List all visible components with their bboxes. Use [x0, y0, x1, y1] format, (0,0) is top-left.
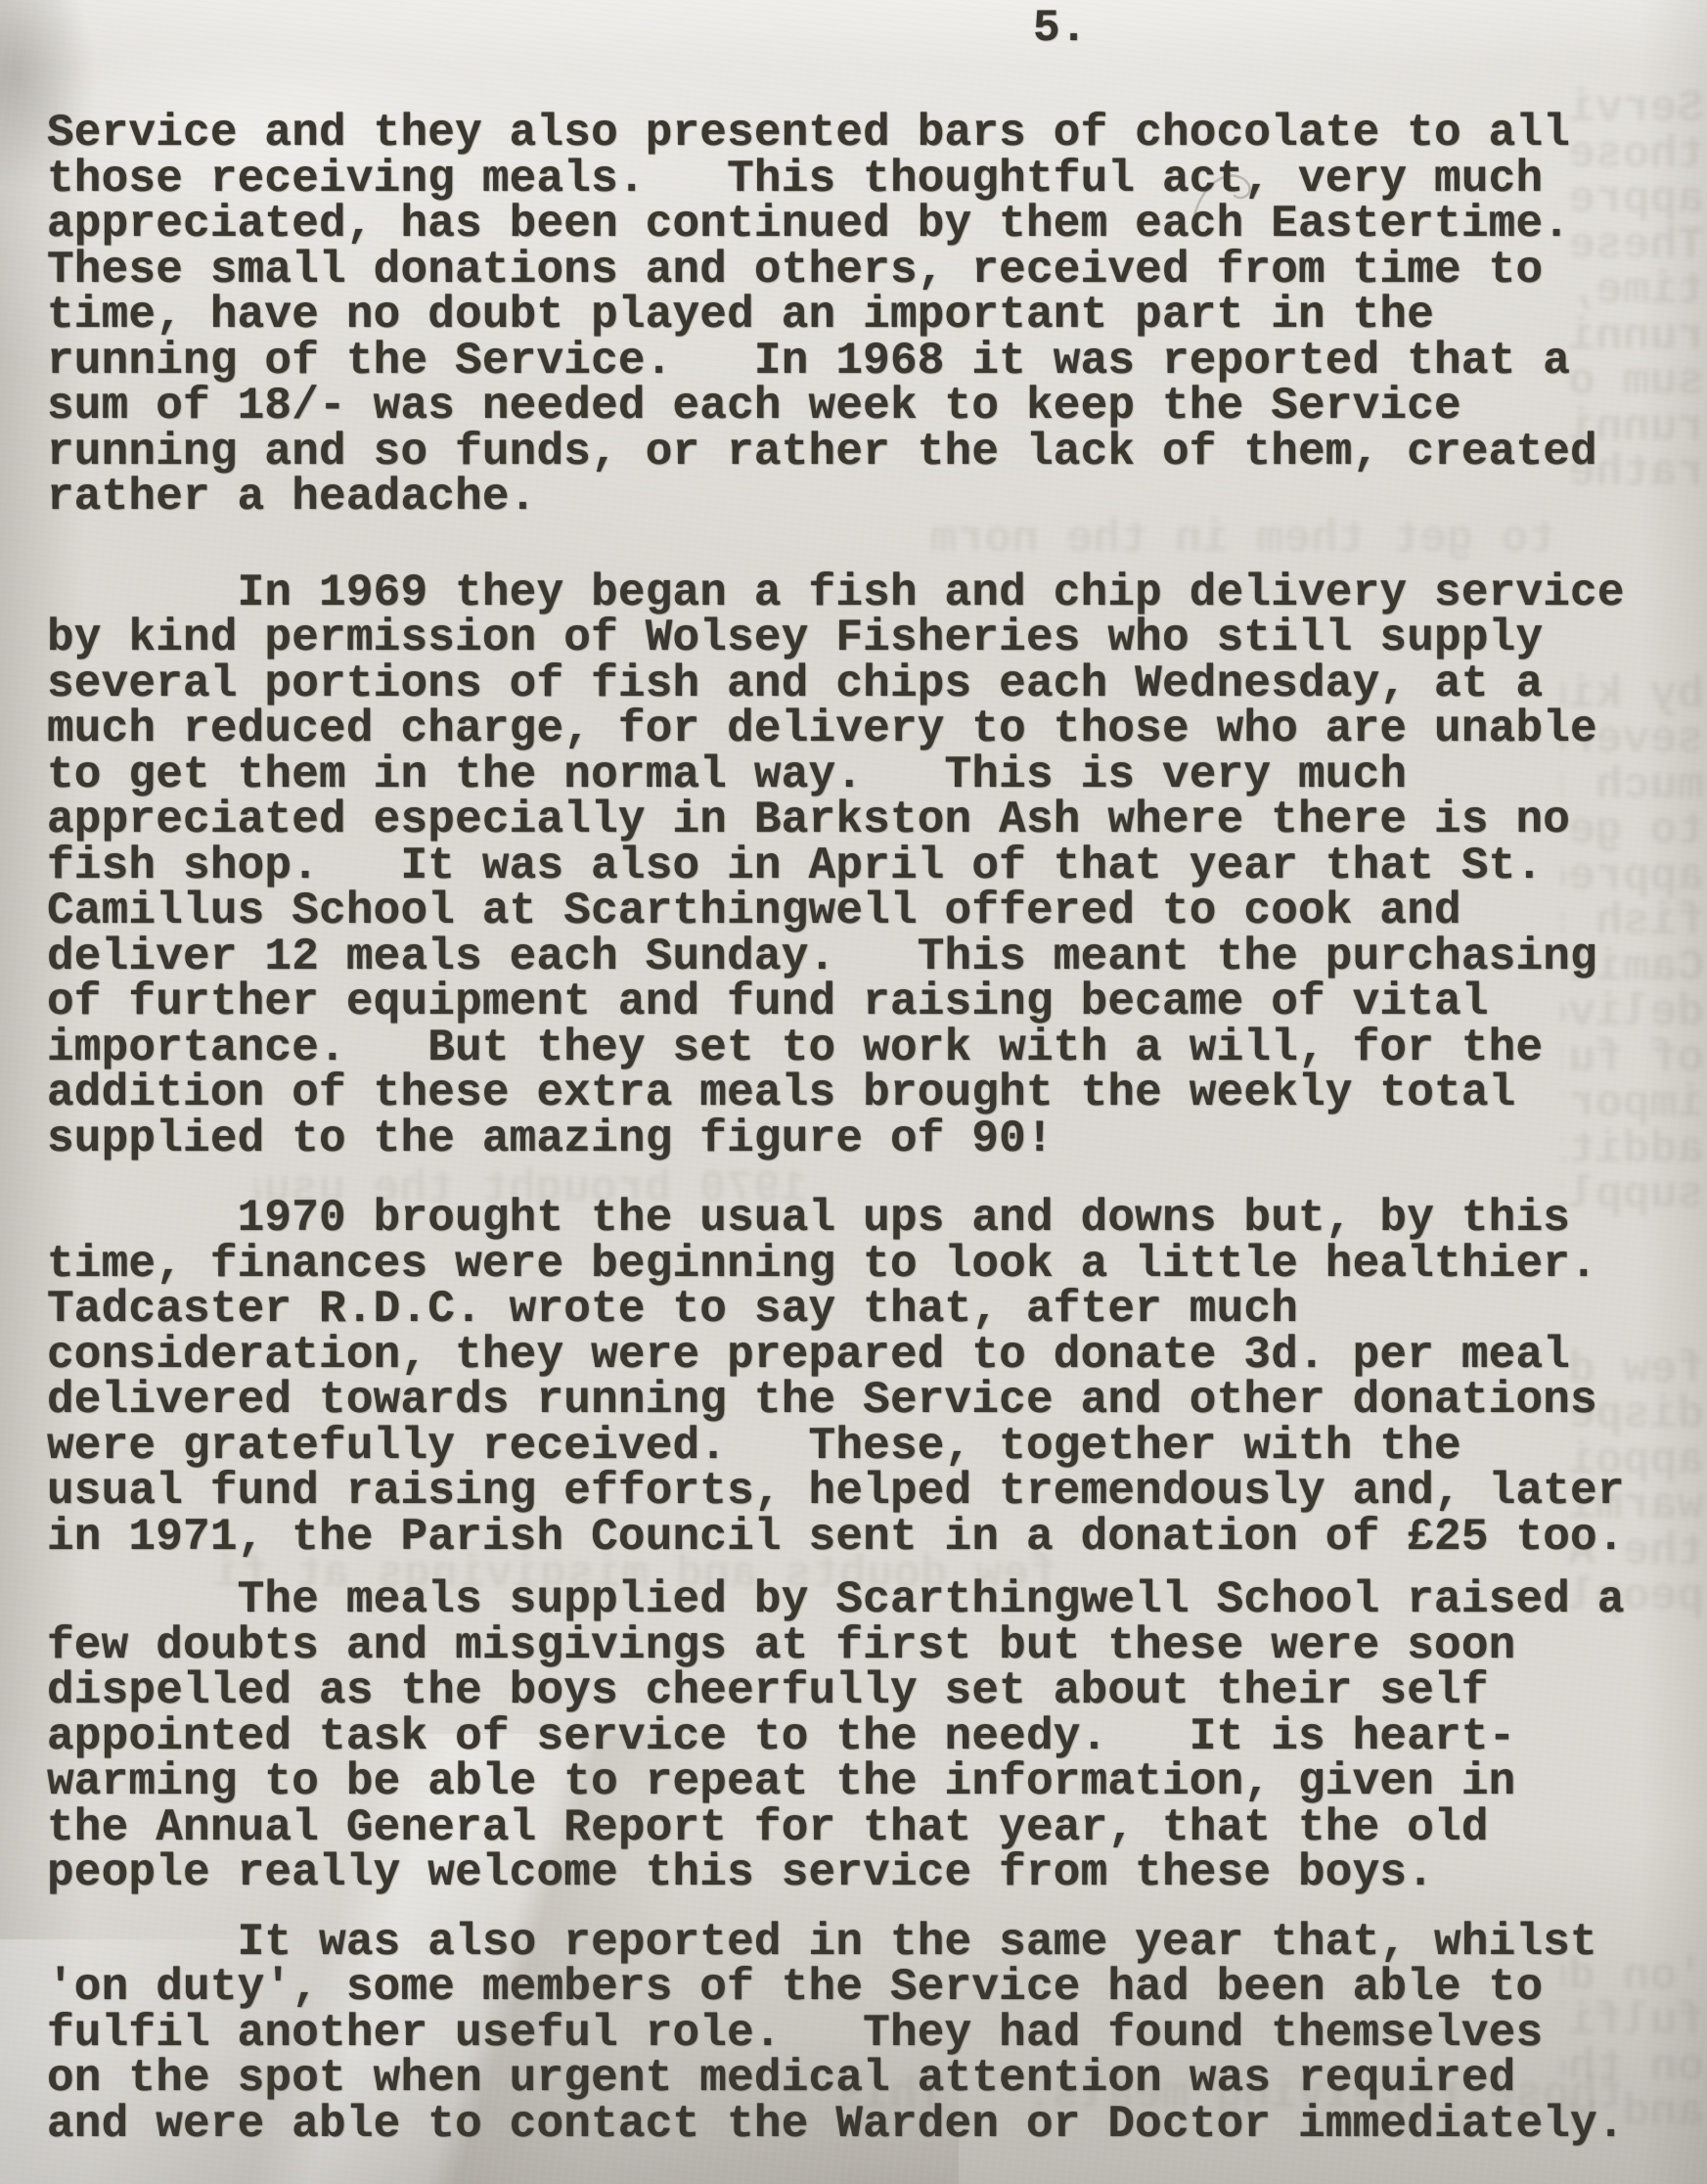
page-number: 5. — [1033, 6, 1088, 52]
scanned-document-page: { "page_number": "5.", "content": { "par… — [0, 0, 1707, 2184]
paragraph-1970-finances: 1970 brought the usual ups and downs but… — [47, 1196, 1671, 1560]
document-text: Service and they also presented bars of … — [47, 111, 1671, 2147]
paragraph-donations: Service and they also presented bars of … — [47, 111, 1671, 521]
paragraph-on-duty-role: It was also reported in the same year th… — [47, 1920, 1671, 2148]
paragraph-fish-and-chip-service: In 1969 they began a fish and chip deliv… — [47, 570, 1671, 1162]
paragraph-scarthingwell-meals: The meals supplied by Scarthingwell Scho… — [47, 1577, 1671, 1896]
